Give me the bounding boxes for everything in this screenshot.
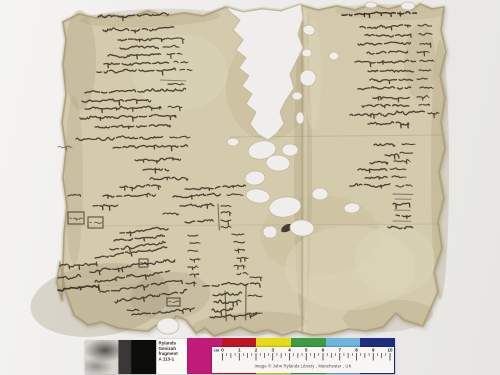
ruler-number: 3 <box>271 348 274 353</box>
ruler-number: 10 <box>387 348 392 353</box>
shelfmark-label: Rylands Genizah fragment A 113-1 <box>157 339 187 374</box>
ruler-number: 6 <box>322 348 325 353</box>
ruler-number: 2 <box>255 348 258 353</box>
ruler-card: cm Image © John Rylands Library , Manche… <box>212 347 394 373</box>
ruler-number: 1 <box>238 348 241 353</box>
manuscript-photograph: Rylands Genizah fragment A 113-1 cm Imag… <box>0 0 500 375</box>
ruler-number: 8 <box>355 348 358 353</box>
copyright-credit: Image © John Rylands Library , Mancheste… <box>212 364 394 369</box>
grayscale-reference-patch <box>85 340 156 374</box>
manuscript-fragment <box>0 0 500 375</box>
shelfmark-line: A 113-1 <box>159 356 188 361</box>
ruler-number: 0 <box>221 348 224 353</box>
ruler-unit-label: cm <box>214 348 220 353</box>
ruler-number: 9 <box>372 348 375 353</box>
ruler-number: 4 <box>288 348 291 353</box>
ruler-ticks <box>212 353 394 363</box>
ruler-number: 5 <box>305 348 308 353</box>
ruler-number: 7 <box>338 348 341 353</box>
